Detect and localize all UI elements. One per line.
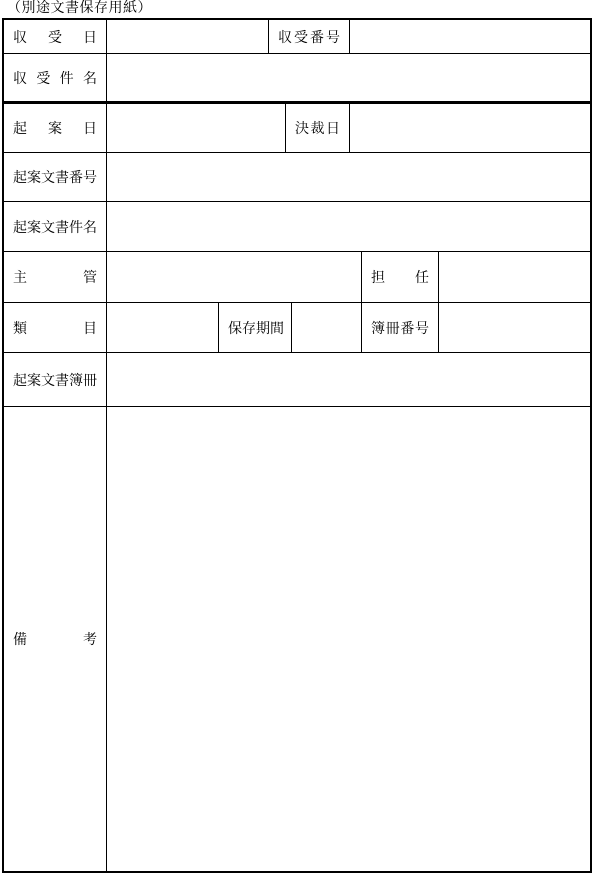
row-receipt-subject: 収受件名 [4,54,590,101]
draft-doc-subject-label: 起案文書件名 [4,202,107,251]
register-number-label: 簿冊番号 [362,303,439,352]
row-remarks: 備考 [4,407,590,871]
receipt-number-field[interactable] [350,20,590,53]
draft-doc-number-label: 起案文書番号 [4,153,107,201]
draft-doc-register-label: 起案文書簿冊 [4,353,107,406]
draft-date-field[interactable] [107,104,286,152]
category-field[interactable] [107,303,219,352]
category-label: 類目 [4,303,107,352]
draft-date-label: 起案日 [4,104,107,152]
retention-period-label: 保存期間 [219,303,292,352]
row-receipt-date: 収受日 収受番号 [4,20,590,54]
approval-date-label: 決裁日 [286,104,350,152]
retention-period-field[interactable] [292,303,362,352]
staff-label: 担任 [362,252,439,302]
receipt-date-label: 収受日 [4,20,107,53]
approval-date-field[interactable] [350,104,590,152]
remarks-field[interactable] [107,407,590,871]
supervisor-label: 主管 [4,252,107,302]
form-table: 収受日 収受番号 収受件名 起案日 決裁日 起案文書番号 起案文書件名 主管 担… [2,18,592,873]
register-number-field[interactable] [439,303,590,352]
remarks-label: 備考 [4,407,107,871]
receipt-date-field[interactable] [107,20,269,53]
draft-doc-register-field[interactable] [107,353,590,406]
draft-doc-number-field[interactable] [107,153,590,201]
draft-doc-subject-field[interactable] [107,202,590,251]
row-draft-doc-register: 起案文書簿冊 [4,353,590,407]
staff-field[interactable] [439,252,590,302]
receipt-subject-label: 収受件名 [4,54,107,101]
row-category: 類目 保存期間 簿冊番号 [4,303,590,353]
receipt-subject-field[interactable] [107,54,590,101]
supervisor-field[interactable] [107,252,362,302]
row-supervisor: 主管 担任 [4,252,590,303]
row-draft-date: 起案日 決裁日 [4,104,590,153]
row-draft-doc-number: 起案文書番号 [4,153,590,202]
row-draft-doc-subject: 起案文書件名 [4,202,590,252]
receipt-number-label: 収受番号 [269,20,350,53]
form-title: （別途文書保存用紙） [0,0,594,18]
